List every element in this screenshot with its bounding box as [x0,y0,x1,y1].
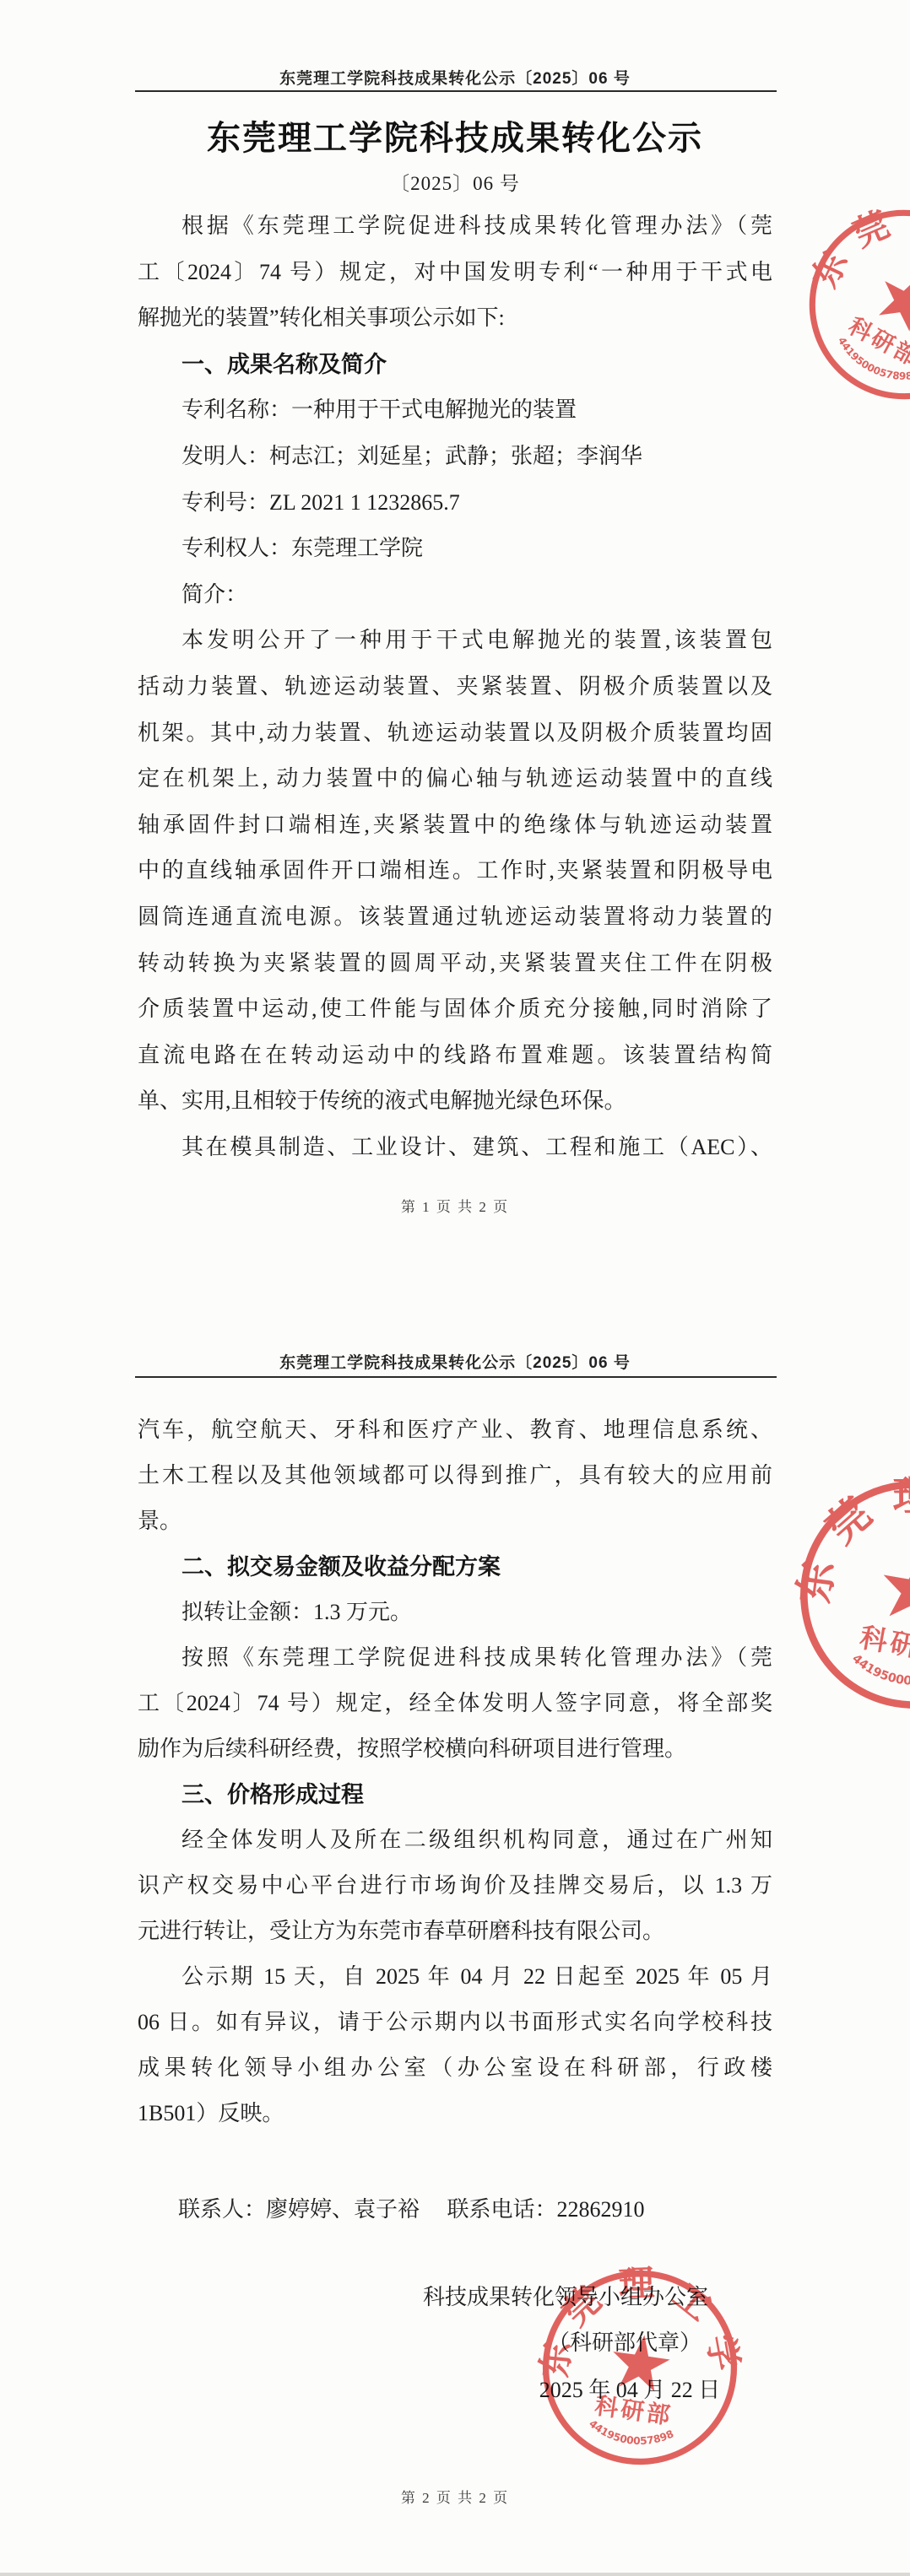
official-seal-page2-margin: 东莞理工学院科研部4419500057898 [774,1455,910,1734]
text-line: 专利权人：东莞理工学院 [138,526,772,572]
page1-footer: 第 1 页 共 2 页 [0,1195,910,1216]
text-line: 拟转让金额：1.3 万元。 [138,1590,772,1635]
doc-number: 〔2025〕06 号 [0,168,910,196]
page1-header-text: 东莞理工学院科技成果转化公示〔2025〕06 号 [0,66,910,89]
text-line: 专利名称：一种用于干式电解抛光的装置 [138,387,772,434]
text-line: 公示期 15 天，自 2025 年 04 月 22 日起至 2025 年 05 … [138,1954,772,2000]
signature-date: 2025 年 04 月 22 日 [461,2376,799,2405]
text-line: 经全体发明人及所在二级组织机构同意，通过在广州知 [138,1817,772,1863]
section-heading: 三、价格形成过程 [138,1772,772,1817]
scan-bottom-edge [0,2573,910,2576]
text-line: 机架。其中,动力装置、轨迹运动装置以及阴极介质装置均固 [138,710,772,757]
text-line: 轴承固件封口端相连,夹紧装置中的绝缘体与轨迹运动装置 [138,802,772,849]
text-line: 直流电路在在转动运动中的线路布置难题。该装置结构简 [138,1033,772,1079]
svg-text:科研部: 科研部 [858,1622,910,1668]
text-line: 本发明公开了一种用于干式电解抛光的装置,该装置包 [138,618,772,664]
text-line: 圆筒连通直流电源。该装置通过轨迹运动装置将动力装置的 [138,894,772,941]
text-line: 转动转换为夹紧装置的圆周平动,夹紧装置夹住工件在阴极 [138,941,772,987]
signature-office: 科技成果转化领导小组办公室 [397,2283,734,2312]
section-heading: 二、拟交易金额及收益分配方案 [138,1544,772,1590]
text-line: 元进行转让，受让方为东莞市春草研磨科技有限公司。 [138,1909,772,1954]
svg-text:东莞理工学院: 东莞理工学院 [790,169,910,371]
svg-text:4419500057898: 4419500057898 [847,1650,910,1696]
text-line: 其在模具制造、工业设计、建筑、工程和施工（AEC）、 [138,1125,772,1171]
contact-line: 联系人：廖婷婷、袁子裕 联系电话：22862910 [178,2192,786,2223]
page2-header-text: 东莞理工学院科技成果转化公示〔2025〕06 号 [0,1350,910,1373]
page2-header-rule [135,1376,777,1378]
text-line: 解抛光的装置”转化相关事项公示如下: [138,295,772,342]
svg-text:科研部: 科研部 [844,313,910,371]
page1-header-rule [135,90,777,92]
svg-text:4419500057898: 4419500057898 [585,2417,677,2453]
text-line: 励作为后续科研经费，按照学校横向科研项目进行管理。 [138,1726,772,1772]
text-line: 工〔2024〕74 号）规定，经全体发明人签字同意，将全部奖 [138,1681,772,1726]
text-line: 按照《东莞理工学院促进科技成果转化管理办法》（莞 [138,1635,772,1681]
text-line: 介质装置中运动,使工件能与固体介质充分接触,同时消除了 [138,986,772,1033]
text-line: 土木工程以及其他领域都可以得到推广，具有较大的应用前 [138,1453,772,1499]
text-line: 工〔2024〕74 号）规定，对中国发明专利“一种用于干式电 [138,250,772,296]
text-line: 单、实用,且相较于传统的液式电解抛光绿色环保。 [138,1078,772,1125]
text-line: 汽车，航空航天、牙科和医疗产业、教育、地理信息系统、 [138,1407,772,1453]
text-line: 景。 [138,1499,772,1544]
text-line: 识产权交易中心平台进行市场询价及挂牌交易后，以 1.3 万 [138,1863,772,1909]
text-line: 简介： [138,572,772,618]
svg-text:东莞理工学院: 东莞理工学院 [774,1455,910,1641]
signature-note: （科研部代章） [456,2329,794,2357]
text-line: 定在机架上, 动力装置中的偏心轴与轨迹运动装置中的直线 [138,756,772,802]
text-line: 06 日。如有异议，请于公示期内以书面形式实名向学校科技 [138,2000,772,2045]
text-line: 根据《东莞理工学院促进科技成果转化管理办法》（莞 [138,203,772,250]
doc-title: 东莞理工学院科技成果转化公示 [0,111,910,159]
page2-footer: 第 2 页 共 2 页 [0,2486,910,2507]
text-line: 专利号：ZL 2021 1 1232865.7 [138,480,772,527]
text-line: 发明人：柯志江；刘延星；武静；张超；李润华 [138,434,772,480]
page2-body: 汽车，航空航天、牙科和医疗产业、教育、地理信息系统、土木工程以及其他领域都可以得… [138,1407,772,2136]
text-line: 括动力装置、轨迹运动装置、夹紧装置、阴极介质装置以及 [138,664,772,710]
official-seal-page1: 东莞理工学院科研部4419500057898 [768,169,910,440]
page1-body: 根据《东莞理工学院促进科技成果转化管理办法》（莞工〔2024〕74 号）规定，对… [138,203,772,1170]
section-heading: 一、成果名称及简介 [138,342,772,388]
svg-text:4419500057898: 4419500057898 [830,332,910,393]
text-line: 成果转化领导小组办公室（办公室设在科研部，行政楼 [138,2045,772,2091]
text-line: 中的直线轴承固件开口端相连。工作时,夹紧装置和阴极导电 [138,848,772,894]
text-line: 1B501）反映。 [138,2091,772,2136]
